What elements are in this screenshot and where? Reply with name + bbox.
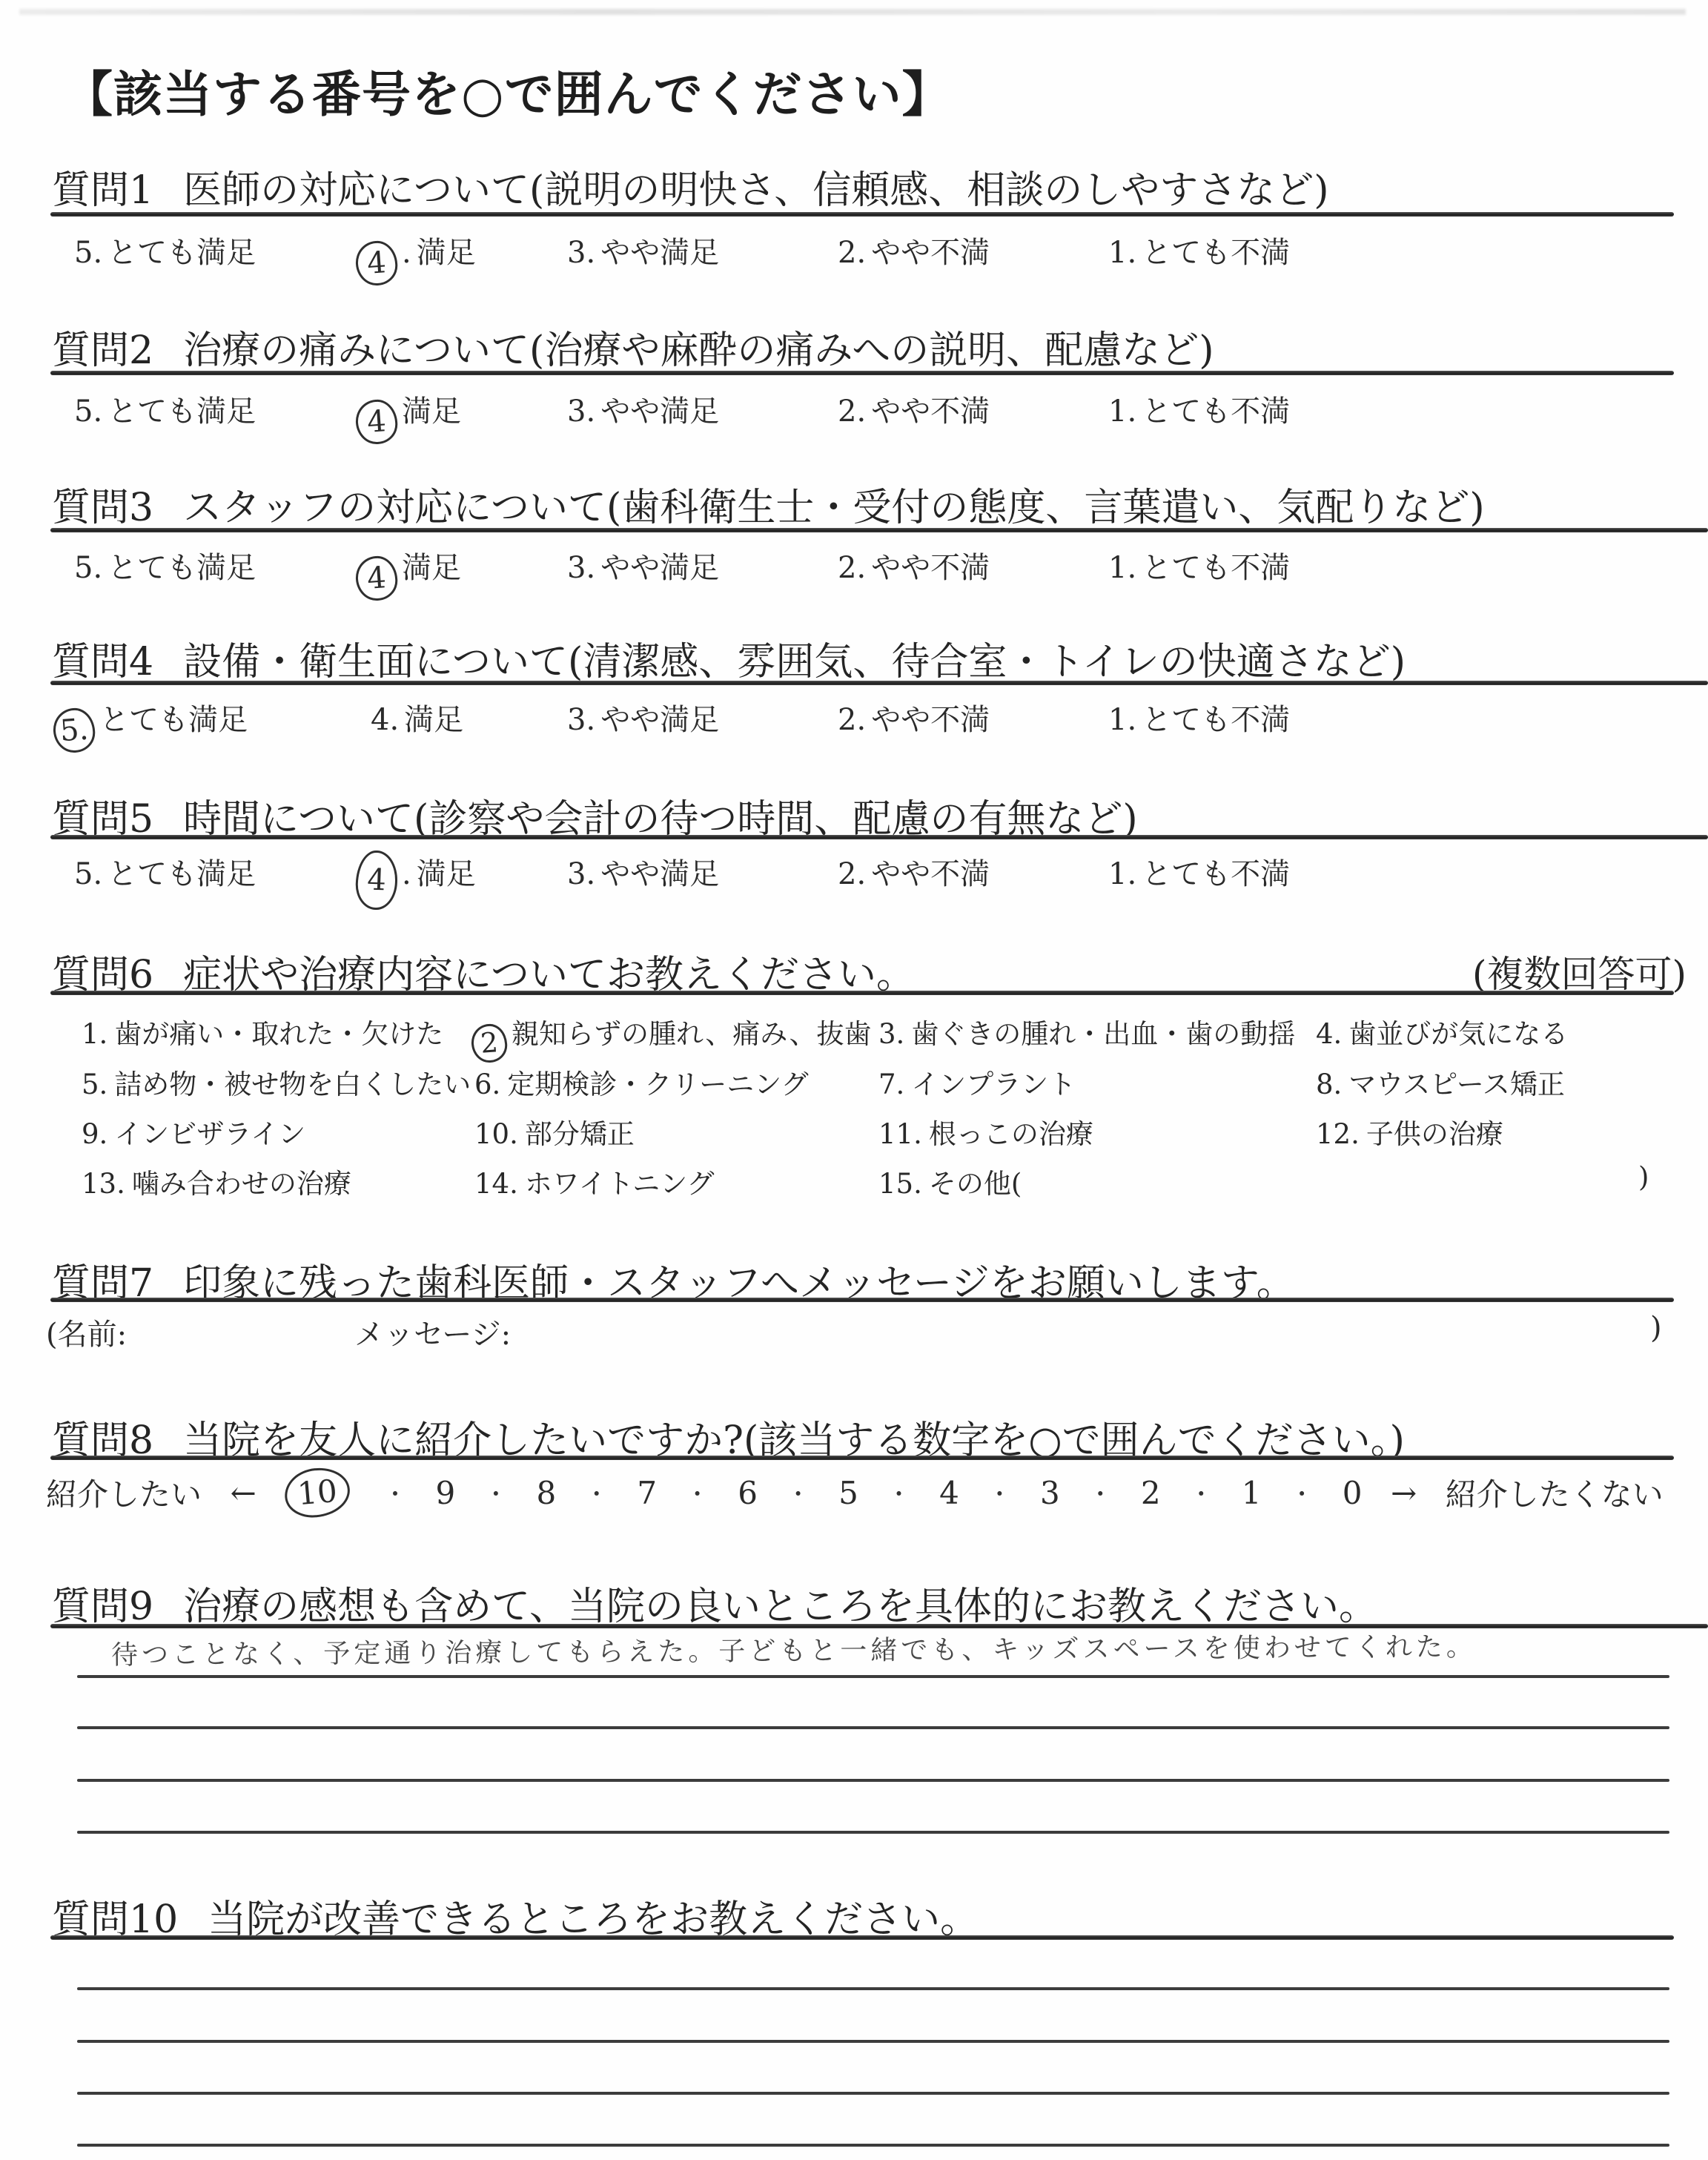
option-label: 歯ぐきの腫れ・出血・歯の動揺 xyxy=(911,1018,1295,1050)
option-number: . xyxy=(402,857,411,891)
rating-option-selected: 4満足 xyxy=(356,384,461,444)
option-label: とても不満 xyxy=(1142,394,1290,429)
rating-option: 2.やや不満 xyxy=(838,693,990,747)
option-number: 12. xyxy=(1316,1118,1360,1150)
answer-circle: 4 xyxy=(354,555,399,602)
question-2-options: 5.とても満足 4満足 3.やや満足 2.やや不満 1.とても不満 xyxy=(44,384,1708,439)
option-label: 根っこの治療 xyxy=(929,1118,1093,1150)
option-number: 9. xyxy=(82,1118,107,1150)
divider-line xyxy=(50,1456,1674,1460)
option-number: 3. xyxy=(567,857,595,891)
option-number: 1. xyxy=(1108,857,1136,891)
option-label: ホワイトニング xyxy=(525,1168,715,1200)
rating-option: 2.やや不満 xyxy=(838,847,990,902)
divider-line xyxy=(50,1298,1674,1302)
symptom-option-other: 15.その他( xyxy=(878,1161,1022,1201)
question-label: 質問4 xyxy=(52,640,153,684)
option-number: 2. xyxy=(838,394,866,429)
survey-form-page: 【該当する番号を○で囲んでください】 質問1医師の対応について(説明の明快さ、信… xyxy=(0,0,1708,2160)
answer-line xyxy=(77,1987,1669,1990)
option-number: 3. xyxy=(567,236,595,270)
option-label: とても満足 xyxy=(99,703,248,737)
symptom-option: 10.部分矯正 xyxy=(474,1112,635,1152)
option-label: 歯が痛い・取れた・欠けた xyxy=(114,1018,443,1050)
option-label: とても満足 xyxy=(107,857,256,891)
rating-option: 2.やや不満 xyxy=(838,225,990,280)
option-number: 6. xyxy=(474,1069,500,1100)
question-3-header: 質問3スタッフの対応について(歯科衛生士・受付の態度、言葉遣い、気配りなど) xyxy=(52,476,1485,532)
option-number: 13. xyxy=(82,1168,125,1200)
dot-separator: ・ xyxy=(987,1476,1011,1510)
option-label: とても満足 xyxy=(107,236,256,270)
option-number: 2. xyxy=(838,236,866,270)
rating-option: 5.とても満足 xyxy=(74,847,256,902)
question-label: 質問1 xyxy=(52,168,153,213)
symptom-option: 7.インプラント xyxy=(878,1062,1076,1102)
symptom-option: 9.インビザライン xyxy=(82,1112,305,1152)
answer-line xyxy=(77,1779,1669,1782)
symptom-option: 14.ホワイトニング xyxy=(474,1161,715,1201)
option-number: 5. xyxy=(74,236,102,270)
option-number: 1. xyxy=(82,1018,107,1050)
symptom-option: 11.根っこの治療 xyxy=(878,1112,1093,1152)
symptom-option: 12.子供の治療 xyxy=(1316,1112,1503,1152)
option-label: インプラント xyxy=(911,1069,1076,1100)
option-label: 噛み合わせの治療 xyxy=(132,1168,351,1200)
right-arrow-icon: → xyxy=(1391,1475,1417,1511)
rating-option: 1.とても不満 xyxy=(1108,225,1290,280)
option-number: 1. xyxy=(1108,394,1136,429)
question-4-options: 5.とても満足 4.満足 3.やや満足 2.やや不満 1.とても不満 xyxy=(44,693,1708,747)
divider-line xyxy=(50,991,1674,995)
rating-option: 3.やや満足 xyxy=(567,847,719,902)
option-label: 満足 xyxy=(402,551,461,585)
question-4-header: 質問4設備・衛生面について(清潔感、雰囲気、待合室・トイレの快適さなど) xyxy=(52,630,1406,686)
option-number: 1. xyxy=(1108,703,1136,737)
scale-number: 3 xyxy=(1040,1475,1060,1511)
rating-option: 5.とても満足 xyxy=(74,541,256,595)
question-1-header: 質問1医師の対応について(説明の明快さ、信頼感、相談のしやすさなど) xyxy=(52,159,1329,214)
option-label: やや不満 xyxy=(871,236,990,270)
option-number: 5. xyxy=(74,857,102,891)
option-label: やや満足 xyxy=(600,703,719,737)
symptom-option: 5.詰め物・被せ物を白くしたい xyxy=(82,1062,471,1102)
option-number: 2. xyxy=(838,703,866,737)
message-field-label: メッセージ: xyxy=(354,1311,511,1353)
option-label: とても満足 xyxy=(107,551,256,585)
option-label: とても不満 xyxy=(1142,236,1290,270)
option-label: やや満足 xyxy=(600,236,719,270)
rating-option: 3.やや満足 xyxy=(567,225,719,280)
option-number: 1. xyxy=(1108,551,1136,585)
rating-option: 4.満足 xyxy=(371,693,463,747)
question-title: 治療の感想も含めて、当院の良いところを具体的にお教えください。 xyxy=(183,1585,1377,1629)
option-label: 歯並びが気になる xyxy=(1348,1018,1568,1050)
option-label: とても満足 xyxy=(107,394,256,429)
rating-option-selected: 4満足 xyxy=(356,541,461,601)
question-title: 治療の痛みについて(治療や麻酔の痛みへの説明、配慮など) xyxy=(183,328,1214,373)
option-label: 定期検診・クリーニング xyxy=(507,1069,808,1100)
answer-line xyxy=(77,1726,1669,1729)
option-number: 11. xyxy=(878,1118,922,1150)
answer-circle: 4 xyxy=(355,850,399,911)
option-number: 8. xyxy=(1316,1069,1342,1100)
other-close-paren: ) xyxy=(1638,1161,1649,1193)
name-field-label: (名前: xyxy=(46,1311,127,1353)
rating-option: 1.とても不満 xyxy=(1108,693,1290,747)
scale-number: 7 xyxy=(637,1475,657,1511)
option-label: 子供の治療 xyxy=(1366,1118,1503,1150)
scale-number: 8 xyxy=(536,1475,556,1511)
option-label: やや不満 xyxy=(871,703,990,737)
close-paren: ) xyxy=(1650,1311,1662,1345)
answer-circle: 5. xyxy=(52,707,96,754)
answer-circle: 10 xyxy=(283,1465,352,1519)
option-number: 5. xyxy=(82,1069,107,1100)
answer-circle: 2 xyxy=(470,1023,509,1063)
nps-scale: 紹介したい ← 10 ・ 9 ・ 8 ・ 7 ・ 6 ・ 5 ・ 4 ・ 3 ・… xyxy=(46,1468,1664,1517)
option-number: . xyxy=(402,236,411,270)
option-number: 5. xyxy=(74,551,102,585)
scale-number: 2 xyxy=(1141,1475,1161,1511)
option-label: やや満足 xyxy=(600,394,719,429)
option-label: やや不満 xyxy=(871,394,990,429)
option-label: 親知らずの腫れ、痛み、抜歯 xyxy=(512,1018,871,1050)
question-title: 設備・衛生面について(清潔感、雰囲気、待合室・トイレの快適さなど) xyxy=(183,640,1406,684)
option-number: 7. xyxy=(878,1069,904,1100)
question-label: 質問9 xyxy=(52,1585,153,1629)
option-number: 4. xyxy=(1316,1018,1342,1050)
dot-separator: ・ xyxy=(585,1476,609,1510)
scan-artifact-line xyxy=(19,9,1686,15)
option-label: とても不満 xyxy=(1142,551,1290,585)
option-number: 4. xyxy=(371,703,399,737)
rating-option: 5.とても満足 xyxy=(74,225,256,280)
divider-line xyxy=(50,835,1708,839)
question-2-header: 質問2治療の痛みについて(治療や麻酔の痛みへの説明、配慮など) xyxy=(52,319,1214,374)
option-number: 1. xyxy=(1108,236,1136,270)
symptom-option: 3.歯ぐきの腫れ・出血・歯の動揺 xyxy=(878,1011,1295,1051)
option-label: やや不満 xyxy=(871,551,990,585)
dot-separator: ・ xyxy=(686,1476,709,1510)
option-number: 2. xyxy=(838,857,866,891)
answer-line xyxy=(77,2144,1669,2147)
option-label: その他( xyxy=(929,1168,1022,1200)
page-title: 【該当する番号を○で囲んでください】 xyxy=(64,55,952,125)
option-label: マウスピース矯正 xyxy=(1348,1069,1565,1100)
option-label: やや満足 xyxy=(600,551,719,585)
divider-line xyxy=(50,528,1708,532)
option-label: 満足 xyxy=(404,703,463,737)
rating-option-selected: 5.とても満足 xyxy=(53,693,248,753)
rating-option: 2.やや不満 xyxy=(838,541,990,595)
symptom-option-selected: 2親知らずの腫れ、痛み、抜歯 xyxy=(471,1011,871,1063)
scale-left-label: 紹介したい xyxy=(46,1470,202,1515)
rating-option: 1.とても不満 xyxy=(1108,847,1290,902)
option-number: 2. xyxy=(838,551,866,585)
dot-separator: ・ xyxy=(887,1476,910,1510)
scale-right-label: 紹介したくない xyxy=(1446,1470,1664,1515)
option-number: 3. xyxy=(878,1018,904,1050)
question-label: 質問3 xyxy=(52,486,153,530)
rating-option: 3.やや満足 xyxy=(567,541,719,595)
option-label: やや不満 xyxy=(871,857,990,891)
rating-option-selected: 4.満足 xyxy=(356,225,476,285)
divider-line xyxy=(50,1935,1674,1940)
option-label: やや満足 xyxy=(600,857,719,891)
answer-line xyxy=(77,2092,1669,2095)
rating-option: 1.とても不満 xyxy=(1108,541,1290,595)
dot-separator: ・ xyxy=(1290,1476,1314,1510)
answer-line xyxy=(77,1675,1669,1678)
rating-option: 1.とても不満 xyxy=(1108,384,1290,439)
left-arrow-icon: ← xyxy=(231,1475,256,1511)
answer-line xyxy=(77,2040,1669,2043)
symptom-option: 13.噛み合わせの治療 xyxy=(82,1161,351,1201)
question-title: スタッフの対応について(歯科衛生士・受付の態度、言葉遣い、気配りなど) xyxy=(183,486,1485,530)
divider-line xyxy=(50,212,1674,217)
scale-number: 1 xyxy=(1242,1475,1262,1511)
scale-number: 9 xyxy=(436,1475,456,1511)
divider-line xyxy=(50,371,1674,375)
dot-separator: ・ xyxy=(484,1476,508,1510)
question-1-options: 5.とても満足 4.満足 3.やや満足 2.やや不満 1.とても不満 xyxy=(44,225,1708,280)
dot-separator: ・ xyxy=(1088,1476,1112,1510)
option-label: 満足 xyxy=(402,394,461,429)
symptom-option: 6.定期検診・クリーニング xyxy=(474,1062,809,1102)
scale-number: 5 xyxy=(838,1475,858,1511)
scale-number: 0 xyxy=(1343,1475,1363,1511)
option-label: とても不満 xyxy=(1142,703,1290,737)
option-number: 5. xyxy=(74,394,102,429)
option-number: 3. xyxy=(567,551,595,585)
symptom-option: 8.マウスピース矯正 xyxy=(1316,1062,1565,1102)
question-3-options: 5.とても満足 4満足 3.やや満足 2.やや不満 1.とても不満 xyxy=(44,541,1708,595)
rating-option: 5.とても満足 xyxy=(74,384,256,439)
answer-circle: 4 xyxy=(354,398,399,446)
answer-circle: 4 xyxy=(354,240,399,287)
handwritten-answer: 待つことなく、予定通り治療してもらえた。子どもと一緒でも、キッズスペースを使わせ… xyxy=(111,1626,1477,1672)
rating-option-selected: 4.満足 xyxy=(356,847,476,910)
scale-number: 4 xyxy=(939,1475,959,1511)
rating-option: 2.やや不満 xyxy=(838,384,990,439)
option-label: 詰め物・被せ物を白くしたい xyxy=(114,1069,471,1100)
question-9-header: 質問9治療の感想も含めて、当院の良いところを具体的にお教えください。 xyxy=(52,1575,1377,1631)
option-number: 10. xyxy=(474,1118,518,1150)
option-label: とても不満 xyxy=(1142,857,1290,891)
dot-separator: ・ xyxy=(787,1476,810,1510)
option-number: 3. xyxy=(567,703,595,737)
question-title: 医師の対応について(説明の明快さ、信頼感、相談のしやすさなど) xyxy=(183,168,1328,213)
option-label: 満足 xyxy=(417,236,476,270)
divider-line xyxy=(50,681,1708,685)
rating-option: 3.やや満足 xyxy=(567,384,719,439)
question-label: 質問2 xyxy=(52,328,153,373)
option-label: 部分矯正 xyxy=(525,1118,635,1150)
dot-separator: ・ xyxy=(383,1476,407,1510)
option-number: 3. xyxy=(567,394,595,429)
option-label: インビザライン xyxy=(114,1118,305,1150)
symptom-option: 1.歯が痛い・取れた・欠けた xyxy=(82,1011,443,1051)
dot-separator: ・ xyxy=(1189,1476,1213,1510)
answer-line xyxy=(77,1831,1669,1834)
option-number: 14. xyxy=(474,1168,518,1200)
symptom-option: 4.歯並びが気になる xyxy=(1316,1011,1568,1051)
option-label: 満足 xyxy=(417,857,476,891)
option-number: 15. xyxy=(878,1168,922,1200)
scale-number: 6 xyxy=(738,1475,758,1511)
question-5-options: 5.とても満足 4.満足 3.やや満足 2.やや不満 1.とても不満 xyxy=(44,847,1708,902)
rating-option: 3.やや満足 xyxy=(567,693,719,747)
